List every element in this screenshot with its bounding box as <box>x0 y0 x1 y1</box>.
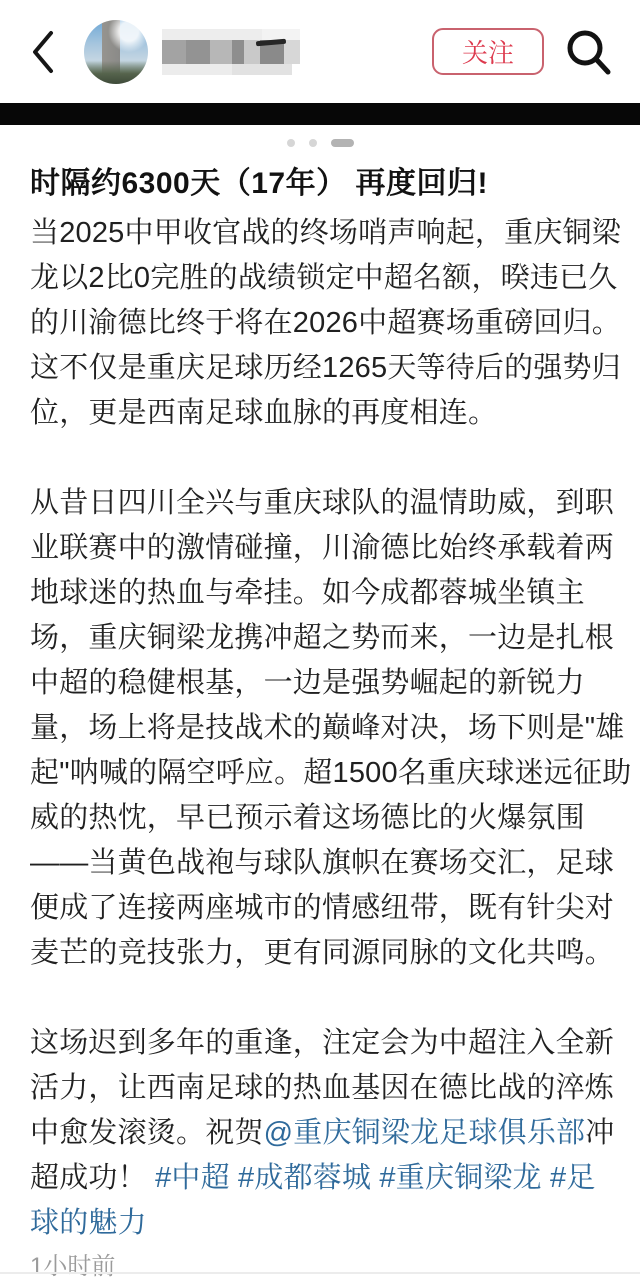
text-segment: 活力，让西南足球的热血基因在德比战的淬炼 <box>30 1072 614 1104</box>
timestamp: 1小时前 <box>30 1253 614 1278</box>
text-segment: 当2025中甲收官战的终场哨声响起，重庆铜梁 <box>30 217 621 249</box>
hashtag-link[interactable]: 球的魅力 <box>30 1207 147 1239</box>
text-segment: 威的热忱，早已预示着这场德比的火爆氛围 <box>30 802 585 834</box>
carousel-dot <box>309 139 317 147</box>
text-line: 威的热忱，早已预示着这场德比的火爆氛围 <box>30 796 614 841</box>
text-segment: 从昔日四川全兴与重庆球队的温情助威，到职 <box>30 487 614 519</box>
text-line: 活力，让西南足球的热血基因在德比战的淬炼 <box>30 1066 614 1111</box>
avatar[interactable] <box>84 20 148 84</box>
text-segment: 中愈发滚烫。祝贺 <box>30 1117 264 1149</box>
search-button[interactable] <box>562 26 614 78</box>
text-segment: 业联赛中的激情碰撞，川渝德比始终承载着两 <box>30 532 614 564</box>
back-button[interactable] <box>30 28 60 76</box>
text-segment: 量，场上将是技战术的巅峰对决，场下则是"雄 <box>30 712 625 744</box>
text-line: 当2025中甲收官战的终场哨声响起，重庆铜梁 <box>30 211 614 256</box>
text-line: ——当黄色战袍与球队旗帜在赛场交汇，足球 <box>30 841 614 886</box>
paragraph: 这场迟到多年的重逢，注定会为中超注入全新活力，让西南足球的热血基因在德比战的淬炼… <box>30 1021 614 1246</box>
text-line: 中愈发滚烫。祝贺@重庆铜梁龙足球俱乐部冲 <box>30 1111 614 1156</box>
text-segment: 地球迷的热血与牵挂。如今成都蓉城坐镇主 <box>30 577 585 609</box>
username-redacted <box>162 28 300 76</box>
text-line: 量，场上将是技战术的巅峰对决，场下则是"雄 <box>30 706 614 751</box>
text-line: 这场迟到多年的重逢，注定会为中超注入全新 <box>30 1021 614 1066</box>
text-segment: 便成了连接两座城市的情感纽带，既有针尖对 <box>30 892 614 924</box>
text-segment: ——当黄色战袍与球队旗帜在赛场交汇，足球 <box>30 847 614 879</box>
text-segment: 冲 <box>585 1117 614 1149</box>
text-line: 麦芒的竞技张力，更有同源同脉的文化共鸣。 <box>30 931 614 976</box>
text-segment: 起"呐喊的隔空呼应。超1500名重庆球迷远征助 <box>30 757 631 789</box>
post-title: 时隔约6300天（17年） 再度回归! <box>30 165 614 203</box>
text-segment: 麦芒的竞技张力，更有同源同脉的文化共鸣。 <box>30 937 614 969</box>
mention-link[interactable]: @重庆铜梁龙足球俱乐部 <box>264 1117 586 1149</box>
text-segment: 龙以2比0完胜的战绩锁定中超名额，暌违已久 <box>30 262 617 294</box>
text-line: 中超的稳健根基，一边是强势崛起的新锐力 <box>30 661 614 706</box>
search-icon <box>562 26 614 78</box>
text-line: 位，更是西南足球血脉的再度相连。 <box>30 391 614 436</box>
follow-button[interactable]: 关注 <box>432 28 544 75</box>
post-content: 时隔约6300天（17年） 再度回归! 当2025中甲收官战的终场哨声响起，重庆… <box>0 165 640 1278</box>
text-line: 场，重庆铜梁龙携冲超之势而来，一边是扎根 <box>30 616 614 661</box>
text-line: 起"呐喊的隔空呼应。超1500名重庆球迷远征助 <box>30 751 614 796</box>
text-line: 超成功！ #中超 #成都蓉城 #重庆铜梁龙 #足 <box>30 1156 614 1201</box>
carousel-dot-active <box>331 139 354 147</box>
top-bar: 关注 <box>0 0 640 103</box>
text-segment: 超成功！ <box>30 1162 155 1194</box>
bottom-divider <box>0 1272 640 1274</box>
carousel-indicator <box>0 125 640 157</box>
text-line: 龙以2比0完胜的战绩锁定中超名额，暌违已久 <box>30 256 614 301</box>
text-line: 从昔日四川全兴与重庆球队的温情助威，到职 <box>30 481 614 526</box>
text-segment: 场，重庆铜梁龙携冲超之势而来，一边是扎根 <box>30 622 614 654</box>
paragraph: 从昔日四川全兴与重庆球队的温情助威，到职业联赛中的激情碰撞，川渝德比始终承载着两… <box>30 481 614 976</box>
post-detail-screen: 关注 时隔约6300天（17年） 再度回归! 当2025中甲收官战的终场哨声响起… <box>0 0 640 1278</box>
chevron-left-icon <box>30 28 56 76</box>
text-line: 业联赛中的激情碰撞，川渝德比始终承载着两 <box>30 526 614 571</box>
text-line: 便成了连接两座城市的情感纽带，既有针尖对 <box>30 886 614 931</box>
text-line: 球的魅力 <box>30 1201 614 1246</box>
text-line: 地球迷的热血与牵挂。如今成都蓉城坐镇主 <box>30 571 614 616</box>
carousel-dot <box>287 139 295 147</box>
hashtag-link[interactable]: #中超 #成都蓉城 #重庆铜梁龙 #足 <box>155 1162 596 1194</box>
text-segment: 的川渝德比终于将在2026中超赛场重磅回归。 <box>30 307 621 339</box>
text-segment: 这场迟到多年的重逢，注定会为中超注入全新 <box>30 1027 614 1059</box>
text-segment: 位，更是西南足球血脉的再度相连。 <box>30 397 497 429</box>
text-segment: 中超的稳健根基，一边是强势崛起的新锐力 <box>30 667 585 699</box>
text-segment: 这不仅是重庆足球历经1265天等待后的强势归 <box>30 352 621 384</box>
media-letterbox <box>0 103 640 125</box>
text-line: 的川渝德比终于将在2026中超赛场重磅回归。 <box>30 301 614 346</box>
post-body: 当2025中甲收官战的终场哨声响起，重庆铜梁龙以2比0完胜的战绩锁定中超名额，暌… <box>30 211 614 1246</box>
text-line: 这不仅是重庆足球历经1265天等待后的强势归 <box>30 346 614 391</box>
paragraph: 当2025中甲收官战的终场哨声响起，重庆铜梁龙以2比0完胜的战绩锁定中超名额，暌… <box>30 211 614 436</box>
